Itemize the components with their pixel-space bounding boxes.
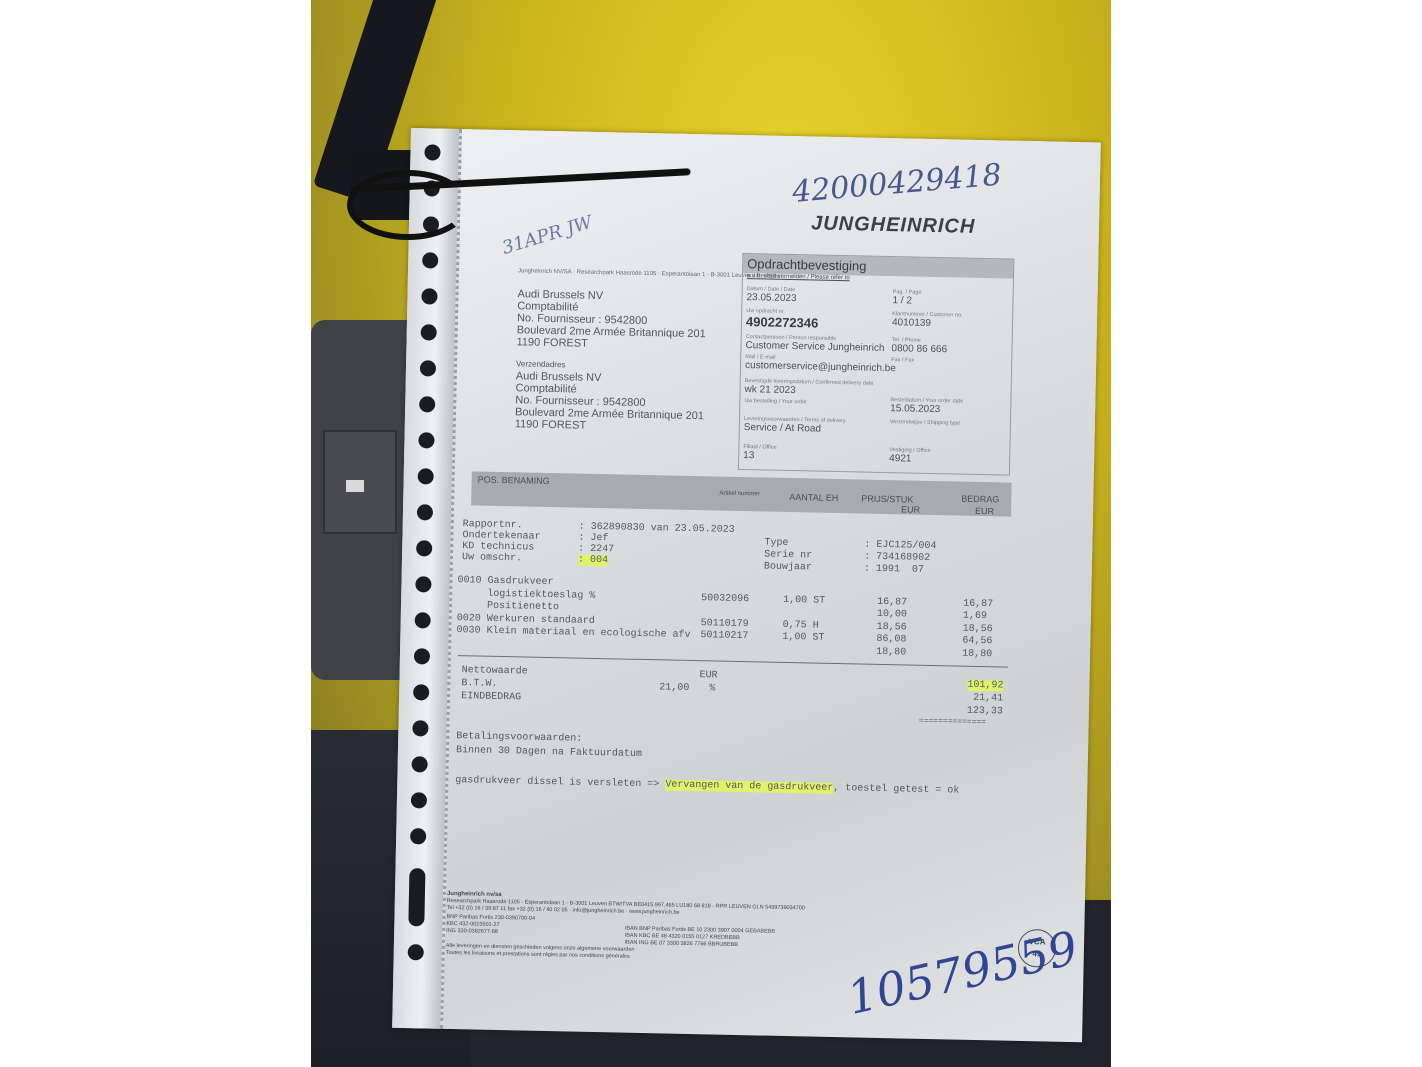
punch-hole — [415, 612, 431, 628]
net-label: Nettowaarde — [462, 665, 528, 677]
value: 4921 — [889, 453, 911, 464]
line-item-price: 86,08 — [876, 634, 906, 646]
payment-terms: Binnen 30 Dagen na Faktuurdatum — [456, 745, 642, 760]
col-bedrag-currency: EUR — [975, 506, 994, 516]
vat-value: 21,41 — [973, 693, 1003, 705]
terms-field: Leveringsvoorwaarden / Terms of delivery… — [744, 416, 846, 435]
line-item-price: 16,87 — [877, 596, 907, 608]
meta-value: : EJC125/004 — [864, 540, 936, 553]
value: wk 21 2023 — [744, 384, 795, 396]
value: Customer Service Jungheinrich — [745, 340, 884, 354]
value: Service / At Road — [744, 422, 821, 435]
photo: 42000429418 31APR JW JUNGHEINRICH Junghe… — [311, 0, 1111, 1067]
meta-value: : 004 — [578, 555, 608, 567]
bank-line: ING 330-0382677-68 — [446, 928, 535, 937]
line-item-qty: 0,75 H — [783, 619, 819, 631]
customer-field: Klantnummer / Customer no.4010139 — [892, 311, 963, 329]
vat-label: B.T.W. — [461, 678, 497, 690]
col-aantal: AANTAL EH — [789, 492, 838, 503]
contact-field: Contactpersoon / Person responsibleCusto… — [745, 334, 884, 354]
office-field: Vestiging / Office4921 — [889, 447, 931, 465]
net-currency: EUR — [699, 670, 717, 681]
punch-hole — [415, 576, 431, 592]
col-artikel: Artikel nummer — [719, 491, 759, 498]
col-bedrag: BEDRAG — [961, 494, 999, 505]
punch-hole — [416, 540, 432, 556]
divider — [458, 655, 1008, 668]
line-item-text: logistiektoeslag % — [457, 588, 595, 602]
phone-field: Tel. / Phone0800 86 666 — [891, 337, 947, 355]
vat-percent: % — [709, 683, 715, 694]
bank-left: BNP Paribas Fortis 230-0390700-04 KBC 43… — [446, 914, 535, 945]
date-field: Datum / Date / Date23.05.2023 — [746, 286, 796, 304]
punch-hole — [412, 720, 428, 736]
value: 13 — [743, 450, 754, 461]
punch-hole — [419, 396, 435, 412]
meta-value: : 2247 — [578, 544, 614, 556]
remark-highlight: Vervangen van de gasdrukveer — [665, 779, 833, 794]
document: 42000429418 31APR JW JUNGHEINRICH Junghe… — [444, 135, 1082, 1028]
table-header: POS. BENAMING Artikel nummer AANTAL EH P… — [471, 471, 1012, 516]
value: 4010139 — [892, 317, 931, 329]
value: 23.05.2023 — [746, 292, 796, 304]
value: customerservice@jungheinrich.be — [745, 360, 896, 374]
total-underline: ============== — [919, 717, 986, 727]
remark-text: gasdrukveer dissel is versleten => — [455, 775, 665, 790]
punch-hole — [408, 944, 424, 960]
bank-right: IBAN BNP Paribas Fortis BE 10 2300 3907 … — [624, 926, 775, 950]
punch-hole — [420, 360, 436, 376]
payment-label: Betalingsvoorwaarden: — [456, 731, 582, 745]
label: Uw bestelling / Your order — [744, 398, 807, 405]
value: 4902272346 — [746, 314, 819, 331]
net-value: 101,92 — [967, 680, 1003, 692]
delivery-address: Verzendadres Audi Brussels NV Comptabili… — [515, 358, 705, 434]
email-field: Mail / E-mailcustomerservice@jungheinric… — [745, 354, 896, 374]
punch-hole — [418, 432, 434, 448]
fax-field: Fax / Fax — [891, 357, 914, 363]
punch-hole — [411, 792, 427, 808]
meta-value: : Jef — [578, 533, 608, 545]
handwritten-number-top: 42000429418 — [791, 157, 1003, 209]
line-item-artikel: 50110179 — [701, 618, 749, 630]
line-item-amount: 18,80 — [962, 648, 992, 660]
remark-text-after: , toestel getest = ok — [833, 783, 959, 797]
line-item-text: Positienetto — [457, 600, 559, 613]
connector-slot — [346, 480, 364, 492]
line-item-text: 0030 Klein materiaal en ecologische afv — [456, 625, 690, 641]
vat-rate: 21,00 — [659, 682, 689, 694]
meta-label: Uw omschr. — [462, 552, 522, 564]
line-items: 0010 Gasdrukveer logistiektoeslag %50032… — [463, 135, 1083, 148]
label: Verzendwijze / Shipping type — [890, 419, 960, 426]
line-item-qty: 1,00 ST — [782, 632, 824, 644]
line-item-price: 10,00 — [877, 609, 907, 621]
punch-hole — [417, 504, 433, 520]
order-info-box: Opdrachtbevestiging a.u.b. altijd vermel… — [738, 253, 1014, 476]
branch-field: Filiaal / Office13 — [743, 444, 777, 462]
col-prijs-currency: EUR — [901, 504, 920, 514]
total-label: EINDBEDRAG — [461, 691, 521, 703]
your-order-field: Uw bestelling / Your order — [744, 398, 807, 405]
delivery-field: Bevestigde leveringsdatum / Confirmed de… — [744, 378, 873, 398]
punch-hole — [410, 828, 426, 844]
page-field: Pag. / Page1 / 2 — [892, 289, 921, 307]
label: Fax / Fax — [891, 357, 914, 363]
report-meta: Rapportnr.: 362890830 van 23.05.2023Onde… — [463, 135, 1083, 148]
punch-hole — [413, 684, 429, 700]
punch-slot — [408, 868, 425, 926]
value: 15.05.2023 — [890, 403, 940, 415]
plastic-sleeve: 42000429418 31APR JW JUNGHEINRICH Junghe… — [392, 128, 1101, 1042]
value: 1 / 2 — [892, 295, 912, 306]
line-item-artikel: 50110217 — [700, 630, 748, 642]
line-item-qty: 1,00 ST — [783, 594, 825, 606]
order-date-field: Besteldatum / Your order date15.05.2023 — [890, 397, 963, 416]
line-item-amount: 18,56 — [963, 623, 993, 635]
punch-hole — [424, 144, 440, 160]
col-pos: POS. BENAMING — [478, 474, 550, 486]
remark: gasdrukveer dissel is versleten => Verva… — [455, 775, 959, 797]
punch-hole — [414, 648, 430, 664]
line-item-amount: 64,56 — [962, 636, 992, 648]
company-logo: JUNGHEINRICH — [811, 212, 976, 238]
punch-hole — [421, 324, 437, 340]
meta-label: Serie nr — [764, 549, 812, 561]
value: 0800 86 666 — [891, 343, 947, 355]
punch-hole — [422, 252, 438, 268]
meta-value: : 1991 07 — [864, 564, 924, 576]
line-item-text: 0010 Gasdrukveer — [457, 575, 553, 588]
billing-address: Audi Brussels NV Comptabilité No. Fourni… — [516, 288, 706, 352]
handwritten-note: 31APR JW — [500, 212, 595, 259]
meta-label: Bouwjaar — [764, 561, 812, 573]
footer-company: Jungheinrich nv/sa — [447, 891, 502, 898]
meta-value: : 734168902 — [864, 552, 930, 564]
punch-hole — [421, 288, 437, 304]
line-item-artikel: 50032096 — [701, 593, 749, 605]
line-item-price: 18,80 — [876, 646, 906, 658]
col-prijs: PRIJS/STUK — [861, 494, 913, 505]
line-item-text: 0020 Werkuren standaard — [457, 613, 595, 627]
total-value: 123,33 — [967, 706, 1003, 718]
line-item-amount: 1,69 — [963, 611, 987, 623]
punch-hole — [412, 756, 428, 772]
line-item-amount: 16,87 — [963, 598, 993, 610]
punch-hole — [418, 468, 434, 484]
line-item-price: 18,56 — [877, 621, 907, 633]
meta-label: Type — [764, 537, 788, 549]
shipping-field: Verzendwijze / Shipping type — [890, 419, 960, 426]
order-field: Uw opdracht nr.4902272346 — [746, 308, 819, 331]
